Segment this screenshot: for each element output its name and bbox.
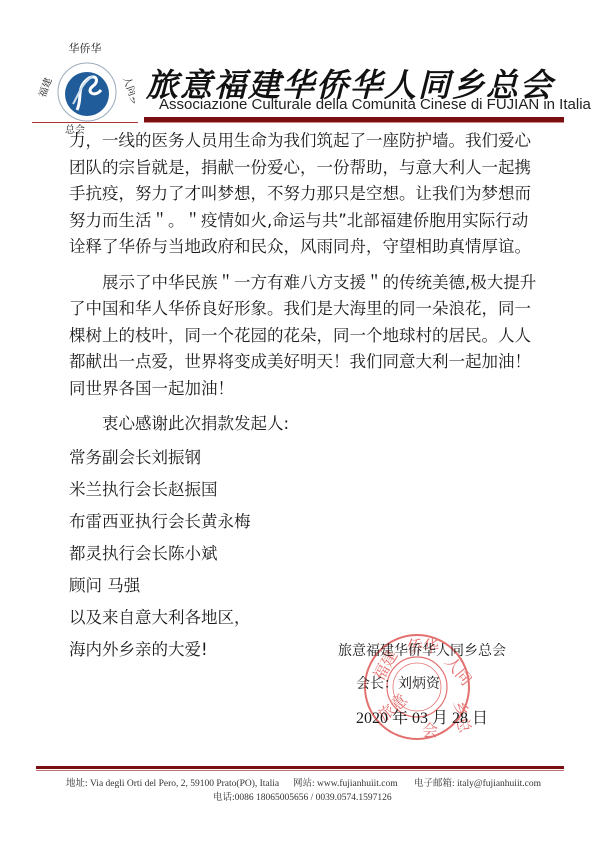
signature-president: 会长：刘炳资	[356, 673, 440, 693]
svg-text:福建: 福建	[36, 76, 55, 99]
thanks-heading: 衷心感谢此次捐款发起人:	[69, 411, 539, 438]
signature-date: 2020 年 03 月 28 日	[356, 705, 488, 728]
footer-email[interactable]: 电子邮箱: italy@fujianhuiit.com	[414, 775, 541, 789]
closing-line: 以及来自意大利各地区，	[69, 606, 539, 629]
header-divider-thin	[32, 122, 138, 123]
donor-item: 都灵执行会长陈小斌	[69, 542, 539, 565]
svg-text:华侨华: 华侨华	[69, 41, 102, 55]
footer-divider-thick	[36, 766, 564, 769]
association-logo: 华侨华 福建 人同乡 总会	[35, 38, 135, 138]
signature-organization: 旅意福建华侨华人同乡总会	[338, 640, 506, 660]
association-title-it: Associazione Culturale della Comunità Ci…	[159, 96, 591, 113]
swoosh-emblem-icon: 华侨华 福建 人同乡 总会	[35, 38, 135, 138]
footer-phone: 电话:0086 18065005656 / 0039.0574.1597126	[213, 789, 392, 803]
donor-item: 米兰执行会长赵振国	[69, 478, 539, 501]
donor-item: 顾问 马强	[69, 574, 539, 597]
header-divider-underline	[144, 122, 564, 123]
footer-address: 地址: Via degli Orti del Pero, 2, 59100 Pr…	[66, 775, 279, 789]
donor-item: 布雷西亚执行会长黄永梅	[69, 510, 539, 533]
svg-text:人同乡: 人同乡	[120, 75, 135, 108]
donor-item: 常务副会长刘振钢	[69, 446, 539, 469]
paragraph-1: 力，一线的医务人员用生命为我们筑起了一座防护墙。我们爱心团队的宗旨就是，捐献一份…	[69, 128, 539, 261]
paragraph-2: 展示了中华民族＂一方有难八方支援＂的传统美德,极大提升了中国和华人华侨良好形象。…	[69, 270, 539, 403]
footer-divider-thin	[36, 770, 564, 771]
donor-list: 常务副会长刘振钢 米兰执行会长赵振国 布雷西亚执行会长黄永梅 都灵执行会长陈小斌…	[69, 446, 539, 661]
footer-website[interactable]: 网站: www.fujianhuiit.com	[293, 775, 398, 789]
letter-body: 力，一线的医务人员用生命为我们筑起了一座防护墙。我们爱心团队的宗旨就是，捐献一份…	[69, 128, 539, 670]
